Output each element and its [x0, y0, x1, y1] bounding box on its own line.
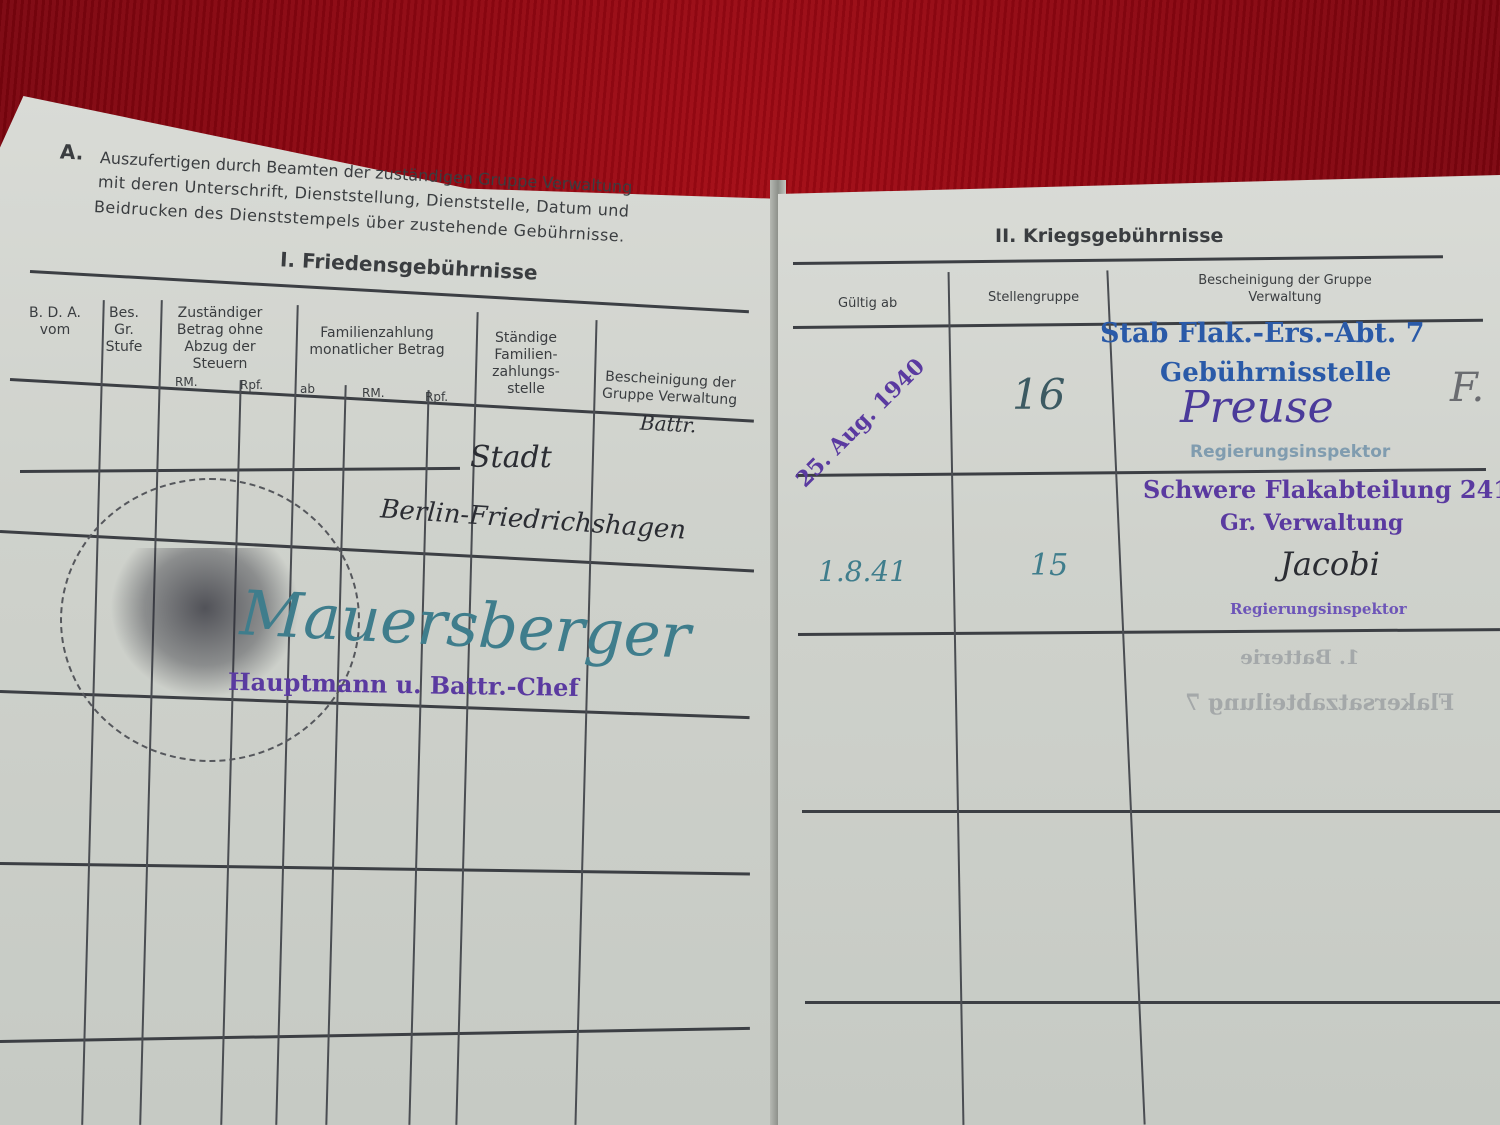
stamp-gr-verwaltung: Gr. Verwaltung	[1220, 510, 1403, 536]
stellengruppe-row2: 15	[1030, 548, 1068, 583]
offset-text-line1: 1. Batterie	[1240, 645, 1360, 669]
row-rule	[802, 810, 1500, 813]
stellengruppe-row1: 16	[1012, 370, 1065, 419]
col-header-gueltig-ab: Gültig ab	[838, 296, 897, 311]
col-header-stellengruppe: Stellengruppe	[988, 290, 1079, 305]
col-header-familienzahlungsstelle: Ständige Familien-zahlungs-stelle	[476, 330, 576, 398]
sub-header-rm: RM.	[362, 386, 385, 400]
offset-text-line2: Flakersatzabteilung 7	[1185, 690, 1454, 716]
sub-header-ab: ab	[300, 382, 315, 396]
instruction-label: A.	[59, 139, 84, 164]
initial-mark: F.	[1450, 365, 1484, 411]
col-header-bescheinigung: Bescheinigung der Gruppe Verwaltung	[1180, 272, 1390, 306]
stamp-stab-line1: Stab Flak.-Ers.-Abt. 7	[1100, 318, 1424, 349]
col-header-besgr: Bes. Gr. Stufe	[98, 305, 150, 356]
section-title-war: II. Kriegsgebührnisse	[995, 225, 1223, 247]
col-header-familienzahlung: Familienzahlung monatlicher Betrag	[292, 325, 462, 359]
title-row1: Regierungsinspektor	[1190, 442, 1390, 462]
stamp-rank-title: Hauptmann u. Battr.-Chef	[228, 667, 579, 702]
handwritten-battr: Battr.	[639, 411, 697, 438]
col-header-betrag: Zuständiger Betrag ohne Abzug der Steuer…	[160, 305, 280, 373]
signature-row2: Jacobi	[1280, 545, 1380, 583]
handwritten-stadt: Stadt	[470, 440, 552, 475]
date-row2: 1.8.41	[818, 555, 907, 588]
row-rule	[805, 1001, 1500, 1004]
col-header-bda: B. D. A. vom	[20, 305, 90, 339]
sub-header-rpf: Rpf.	[240, 378, 263, 392]
sub-header-rpf: Rpf.	[425, 390, 448, 404]
stamp-flakabteilung: Schwere Flakabteilung 241	[1143, 475, 1500, 504]
sub-header-rm: RM.	[175, 375, 198, 389]
title-row2: Regierungsinspektor	[1230, 600, 1407, 618]
signature-row1: Preuse	[1180, 382, 1334, 433]
